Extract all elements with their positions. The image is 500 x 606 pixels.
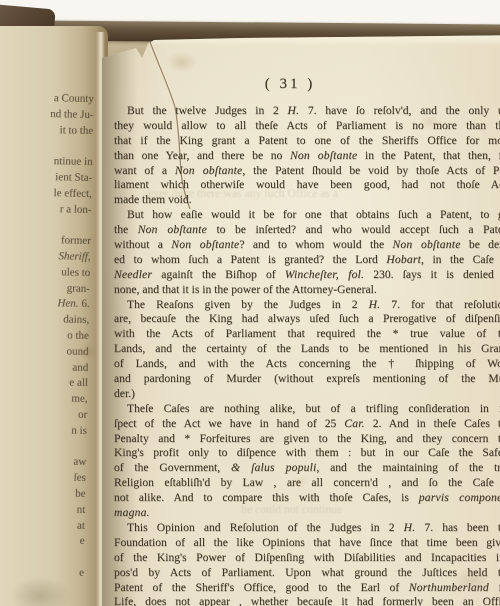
text-line: than one Year, and there be no Non obſta…	[114, 149, 500, 164]
verso-fragment: ules to	[0, 264, 93, 282]
verso-fragment: Sheriff,	[0, 248, 94, 266]
text-line: and pardoning of Murder (without expreſs…	[114, 372, 500, 387]
text-line: with the Acts of Parliament that require…	[114, 327, 500, 342]
text-line: without a Non obſtante? and to whom woul…	[114, 238, 500, 253]
text-line: none, and that it is in the power of the…	[114, 283, 500, 298]
verso-fragment: gran-	[0, 279, 93, 297]
verso-fragment: e all	[0, 374, 91, 392]
text-line: The Reaſons given by the Judges in 2 H. …	[114, 298, 500, 313]
verso-fragment: ſes	[0, 469, 89, 487]
text-line: want of a Non obſtante, the Patent ſhoul…	[114, 164, 500, 179]
verso-fragment	[0, 437, 90, 455]
verso-fragment	[0, 548, 87, 566]
text-line: ſpect of the Act we have in hand of 25 C…	[114, 417, 500, 432]
text-line: magna.	[114, 506, 500, 521]
text-line: that if the King grant a Patent to one o…	[114, 134, 500, 149]
verso-fragment: be	[0, 485, 89, 503]
book-page: ever ſince there was any ſuch Office as …	[102, 34, 500, 606]
verso-fragment: nt	[0, 501, 88, 519]
verso-fragment: and	[0, 358, 91, 376]
text-line: of the Government, & ſalus populi, and t…	[114, 461, 500, 476]
page-number: ( 31 )	[114, 76, 466, 93]
verso-fragment: ound	[0, 343, 92, 361]
verso-fragment: me,	[0, 390, 91, 408]
text-line: Religion eſtabliſh'd by Law , are all co…	[114, 476, 500, 491]
text-line: of the King's Power of Diſpenſing with D…	[114, 551, 500, 566]
text-line: Foundation of all the like Opinions that…	[114, 536, 500, 551]
text-line: But how eaſie would it be for one that o…	[114, 208, 500, 223]
verso-fragment: aw	[0, 453, 89, 471]
verso-fragment: at	[0, 516, 88, 534]
text-line: Life, does not appear , whether becauſe …	[114, 595, 500, 606]
text-line: Lands, and the certainty of the Lands to…	[114, 342, 500, 357]
text-line: Penalty and * Forfeitures are given to t…	[114, 432, 500, 447]
text-line: the Non obſtante to be inſerted? and who…	[114, 223, 500, 238]
verso-fragment: e	[0, 564, 87, 582]
text-line: But the twelve Judges in 2 H. 7. have ſo…	[114, 104, 500, 119]
text-line: ed to whom ſuch a Patent is granted? the…	[114, 253, 500, 268]
text-line: are, becauſe the King had always uſed ſu…	[114, 312, 500, 327]
book-photo: a Countynd the Ju-it to thentinue inient…	[0, 0, 500, 606]
text-line: Patent of the Sheriff's Office, good to …	[114, 581, 500, 596]
text-line: of Lands, and with the Acts concerning t…	[114, 357, 500, 372]
verso-fragment: o the	[0, 327, 92, 345]
verso-fragment: or	[0, 406, 90, 424]
text-line: not alike. And to compare this with thoſ…	[114, 491, 500, 506]
text-line: King's profit only to diſpence with them…	[114, 446, 500, 461]
text-line: Needler againſt the Biſhop of Wincheſter…	[114, 268, 500, 283]
text-line: liament which otherwiſe would have been …	[114, 178, 500, 193]
text-line: pos'd by Acts of Parliament. Upon what g…	[114, 566, 500, 581]
facing-page-fragments: a Countynd the Ju-it to thentinue inient…	[0, 90, 97, 582]
text-line: der.)	[114, 387, 500, 402]
verso-fragment	[0, 216, 94, 234]
text-line: This Opinion and Reſolution of the Judge…	[114, 521, 500, 536]
text-block: But the twelve Judges in 2 H. 7. have ſo…	[114, 104, 500, 606]
text-line: made them void.	[114, 193, 500, 208]
verso-fragment: e	[0, 532, 88, 550]
text-line: they would allow to all theſe Acts of Pa…	[114, 119, 500, 134]
verso-fragment: former	[0, 232, 94, 250]
verso-fragment: dains,	[0, 311, 92, 329]
verso-fragment: Hen. 6.	[0, 295, 93, 313]
text-line: Theſe Caſes are nothing alike, but of a …	[114, 402, 500, 417]
verso-fragment: n is	[0, 422, 90, 440]
